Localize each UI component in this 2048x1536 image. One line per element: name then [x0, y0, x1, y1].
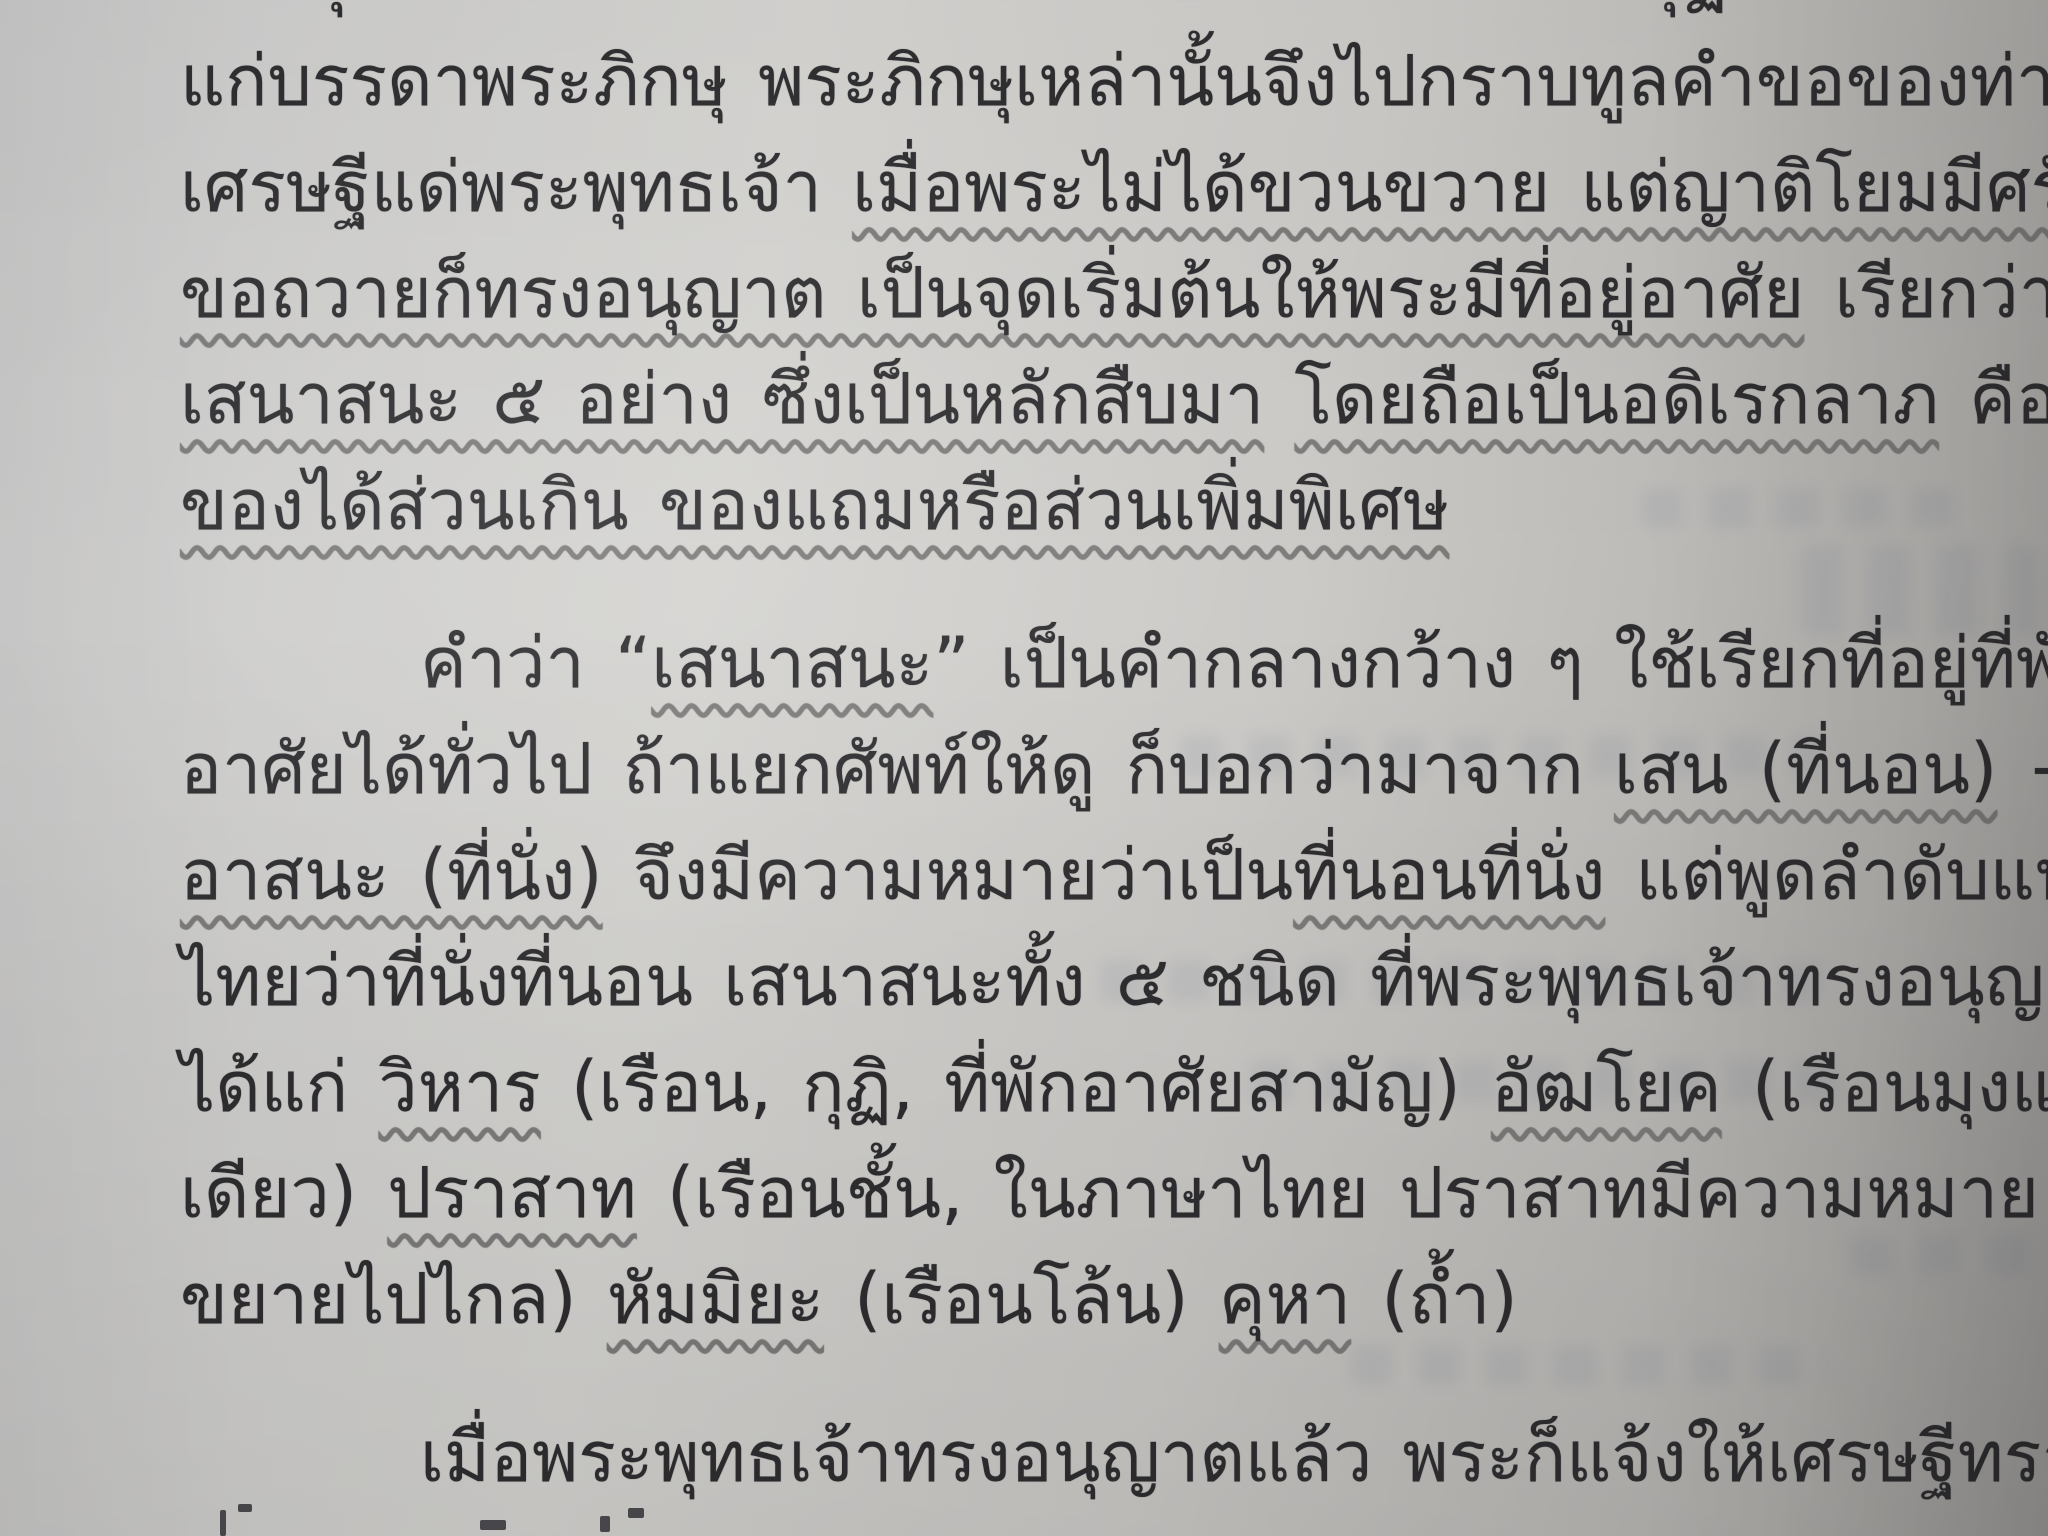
- cut-glyph-fragment: [480, 1520, 506, 1530]
- cut-glyph-fragment: [220, 1510, 226, 1536]
- text-segment: แก่บรรดาพระภิกษุ พระภิกษุเหล่านั้นจึงไปก…: [180, 40, 2048, 122]
- text-line: เสนาสนะ ๕ อย่าง ซึ่งเป็นหลักสืบมา โดยถือ…: [180, 346, 1924, 452]
- text-segment: +: [1997, 728, 2048, 810]
- cut-glyph-fragment: [628, 1508, 644, 1518]
- text-segment: ได้แก่: [180, 1046, 378, 1128]
- text-segment: เรียกว่า: [1804, 252, 2048, 334]
- book-page-photo: { "appearance": { "paper_color_light": "…: [0, 0, 2048, 1536]
- text-line: ไทยว่าที่นั่งที่นอน เสนาสนะทั้ง ๕ ชนิด ท…: [180, 928, 1924, 1034]
- text-segment: จึงมีความหมายว่าเป็น: [603, 834, 1294, 916]
- text-segment: (เรือนโล้น): [824, 1258, 1219, 1340]
- text-segment: อาศัยได้ทั่วไป ถ้าแยกศัพท์ให้ดู ก็บอกว่า…: [180, 728, 1614, 810]
- pencil-underlined-segment: หัมมิยะ: [607, 1258, 824, 1340]
- cut-glyph-fragment: [238, 1504, 252, 1512]
- pencil-underlined-segment: อัฒโยค: [1491, 1046, 1722, 1128]
- text-segment: ไทยว่าที่นั่งที่นอน เสนาสนะทั้ง ๕ ชนิด ท…: [180, 940, 2048, 1022]
- page-text: พระพุทธเจ้าให้ไหม ว่าผมมีความประสงค์จะสร…: [180, 0, 1924, 1510]
- text-segment: เศรษฐีแด่พระพุทธเจ้า: [180, 146, 852, 228]
- text-line: ได้แก่ วิหาร (เรือน, กุฏิ, ที่พักอาศัยสา…: [180, 1034, 1924, 1140]
- text-segment: [1264, 358, 1294, 440]
- pencil-underlined-segment: เมื่อพระไม่ได้ขวนขวาย แต่ญาติโยมมีศรัทธา: [852, 146, 2048, 228]
- text-segment: พระพุทธเจ้าให้ไหม ว่าผมมีความประสงค์จะสร…: [180, 0, 2048, 16]
- bottom-cut-line: [180, 1502, 1880, 1536]
- pencil-underlined-segment: ขอถวายก็ทรงอนุญาต เป็นจุดเริ่มต้นให้พระม…: [180, 252, 1804, 334]
- paragraph-3: เมื่อพระพุทธเจ้าทรงอนุญาตแล้ว พระก็แจ้งใ…: [180, 1404, 1924, 1510]
- pencil-underlined-segment: คุหา: [1219, 1258, 1351, 1340]
- text-line: อาศัยได้ทั่วไป ถ้าแยกศัพท์ให้ดู ก็บอกว่า…: [180, 716, 1924, 822]
- text-line: แก่บรรดาพระภิกษุ พระภิกษุเหล่านั้นจึงไปก…: [180, 28, 1924, 134]
- paragraph-2: คำว่า “เสนาสนะ” เป็นคำกลางกว้าง ๆ ใช้เรี…: [180, 610, 1924, 1352]
- text-line: เมื่อพระพุทธเจ้าทรงอนุญาตแล้ว พระก็แจ้งใ…: [180, 1404, 1924, 1510]
- pencil-underlined-segment: ของได้ส่วนเกิน ของแถมหรือส่วนเพิ่มพิเศษ: [180, 464, 1449, 546]
- text-line: ขยายไปไกล) หัมมิยะ (เรือนโล้น) คุหา (ถ้ำ…: [180, 1246, 1924, 1352]
- text-segment: แต่พูดลำดับแบบ: [1605, 834, 2048, 916]
- text-segment: คือเป็น: [1939, 358, 2048, 440]
- text-segment: ขยายไปไกล): [180, 1258, 607, 1340]
- text-line: เดียว) ปราสาท (เรือนชั้น, ในภาษาไทย ปราส…: [180, 1140, 1924, 1246]
- text-segment: เดียว): [180, 1152, 387, 1234]
- text-segment: ” เป็นคำกลางกว้าง ๆ ใช้เรียกที่อยู่ที่พั…: [933, 622, 2048, 704]
- pencil-underlined-segment: ปราสาท: [387, 1152, 637, 1234]
- text-line: อาสนะ (ที่นั่ง) จึงมีความหมายว่าเป็นที่น…: [180, 822, 1924, 928]
- text-segment: (เรือนชั้น, ในภาษาไทย ปราสาทมีความหมาย: [637, 1152, 2039, 1234]
- pencil-underlined-segment: ที่นอนที่นั่ง: [1293, 834, 1605, 916]
- text-line: ขอถวายก็ทรงอนุญาต เป็นจุดเริ่มต้นให้พระม…: [180, 240, 1924, 346]
- pencil-underlined-segment: โดยถือเป็นอดิเรกลาภ: [1294, 358, 1938, 440]
- text-line: คำว่า “เสนาสนะ” เป็นคำกลางกว้าง ๆ ใช้เรี…: [180, 610, 1924, 716]
- text-segment: (เรือน, กุฏิ, ที่พักอาศัยสามัญ): [541, 1046, 1491, 1128]
- text-segment: (ถ้ำ): [1351, 1258, 1518, 1340]
- text-segment: (เรือนมุงแถบ: [1722, 1046, 2048, 1128]
- cut-glyph-fragment: [600, 1516, 610, 1532]
- paragraph-1: พระพุทธเจ้าให้ไหม ว่าผมมีความประสงค์จะสร…: [180, 0, 1924, 558]
- pencil-underlined-segment: เสน (ที่นอน): [1614, 728, 1997, 810]
- text-segment: คำว่า “: [420, 622, 651, 704]
- pencil-underlined-segment: อาสนะ (ที่นั่ง): [180, 834, 603, 916]
- text-segment: เมื่อพระพุทธเจ้าทรงอนุญาตแล้ว พระก็แจ้งใ…: [420, 1416, 2048, 1498]
- text-line: เศรษฐีแด่พระพุทธเจ้า เมื่อพระไม่ได้ขวนขว…: [180, 134, 1924, 240]
- pencil-underlined-segment: วิหาร: [378, 1046, 540, 1128]
- text-line: พระพุทธเจ้าให้ไหม ว่าผมมีความประสงค์จะสร…: [180, 0, 1924, 28]
- pencil-underlined-segment: เสนาสนะ ๕ อย่าง ซึ่งเป็นหลักสืบมา: [180, 358, 1264, 440]
- pencil-underlined-segment: เสนาสนะ: [651, 622, 933, 704]
- text-line: ของได้ส่วนเกิน ของแถมหรือส่วนเพิ่มพิเศษ: [180, 452, 1924, 558]
- page-surface: พระพุทธเจ้าให้ไหม ว่าผมมีความประสงค์จะสร…: [0, 0, 2048, 1536]
